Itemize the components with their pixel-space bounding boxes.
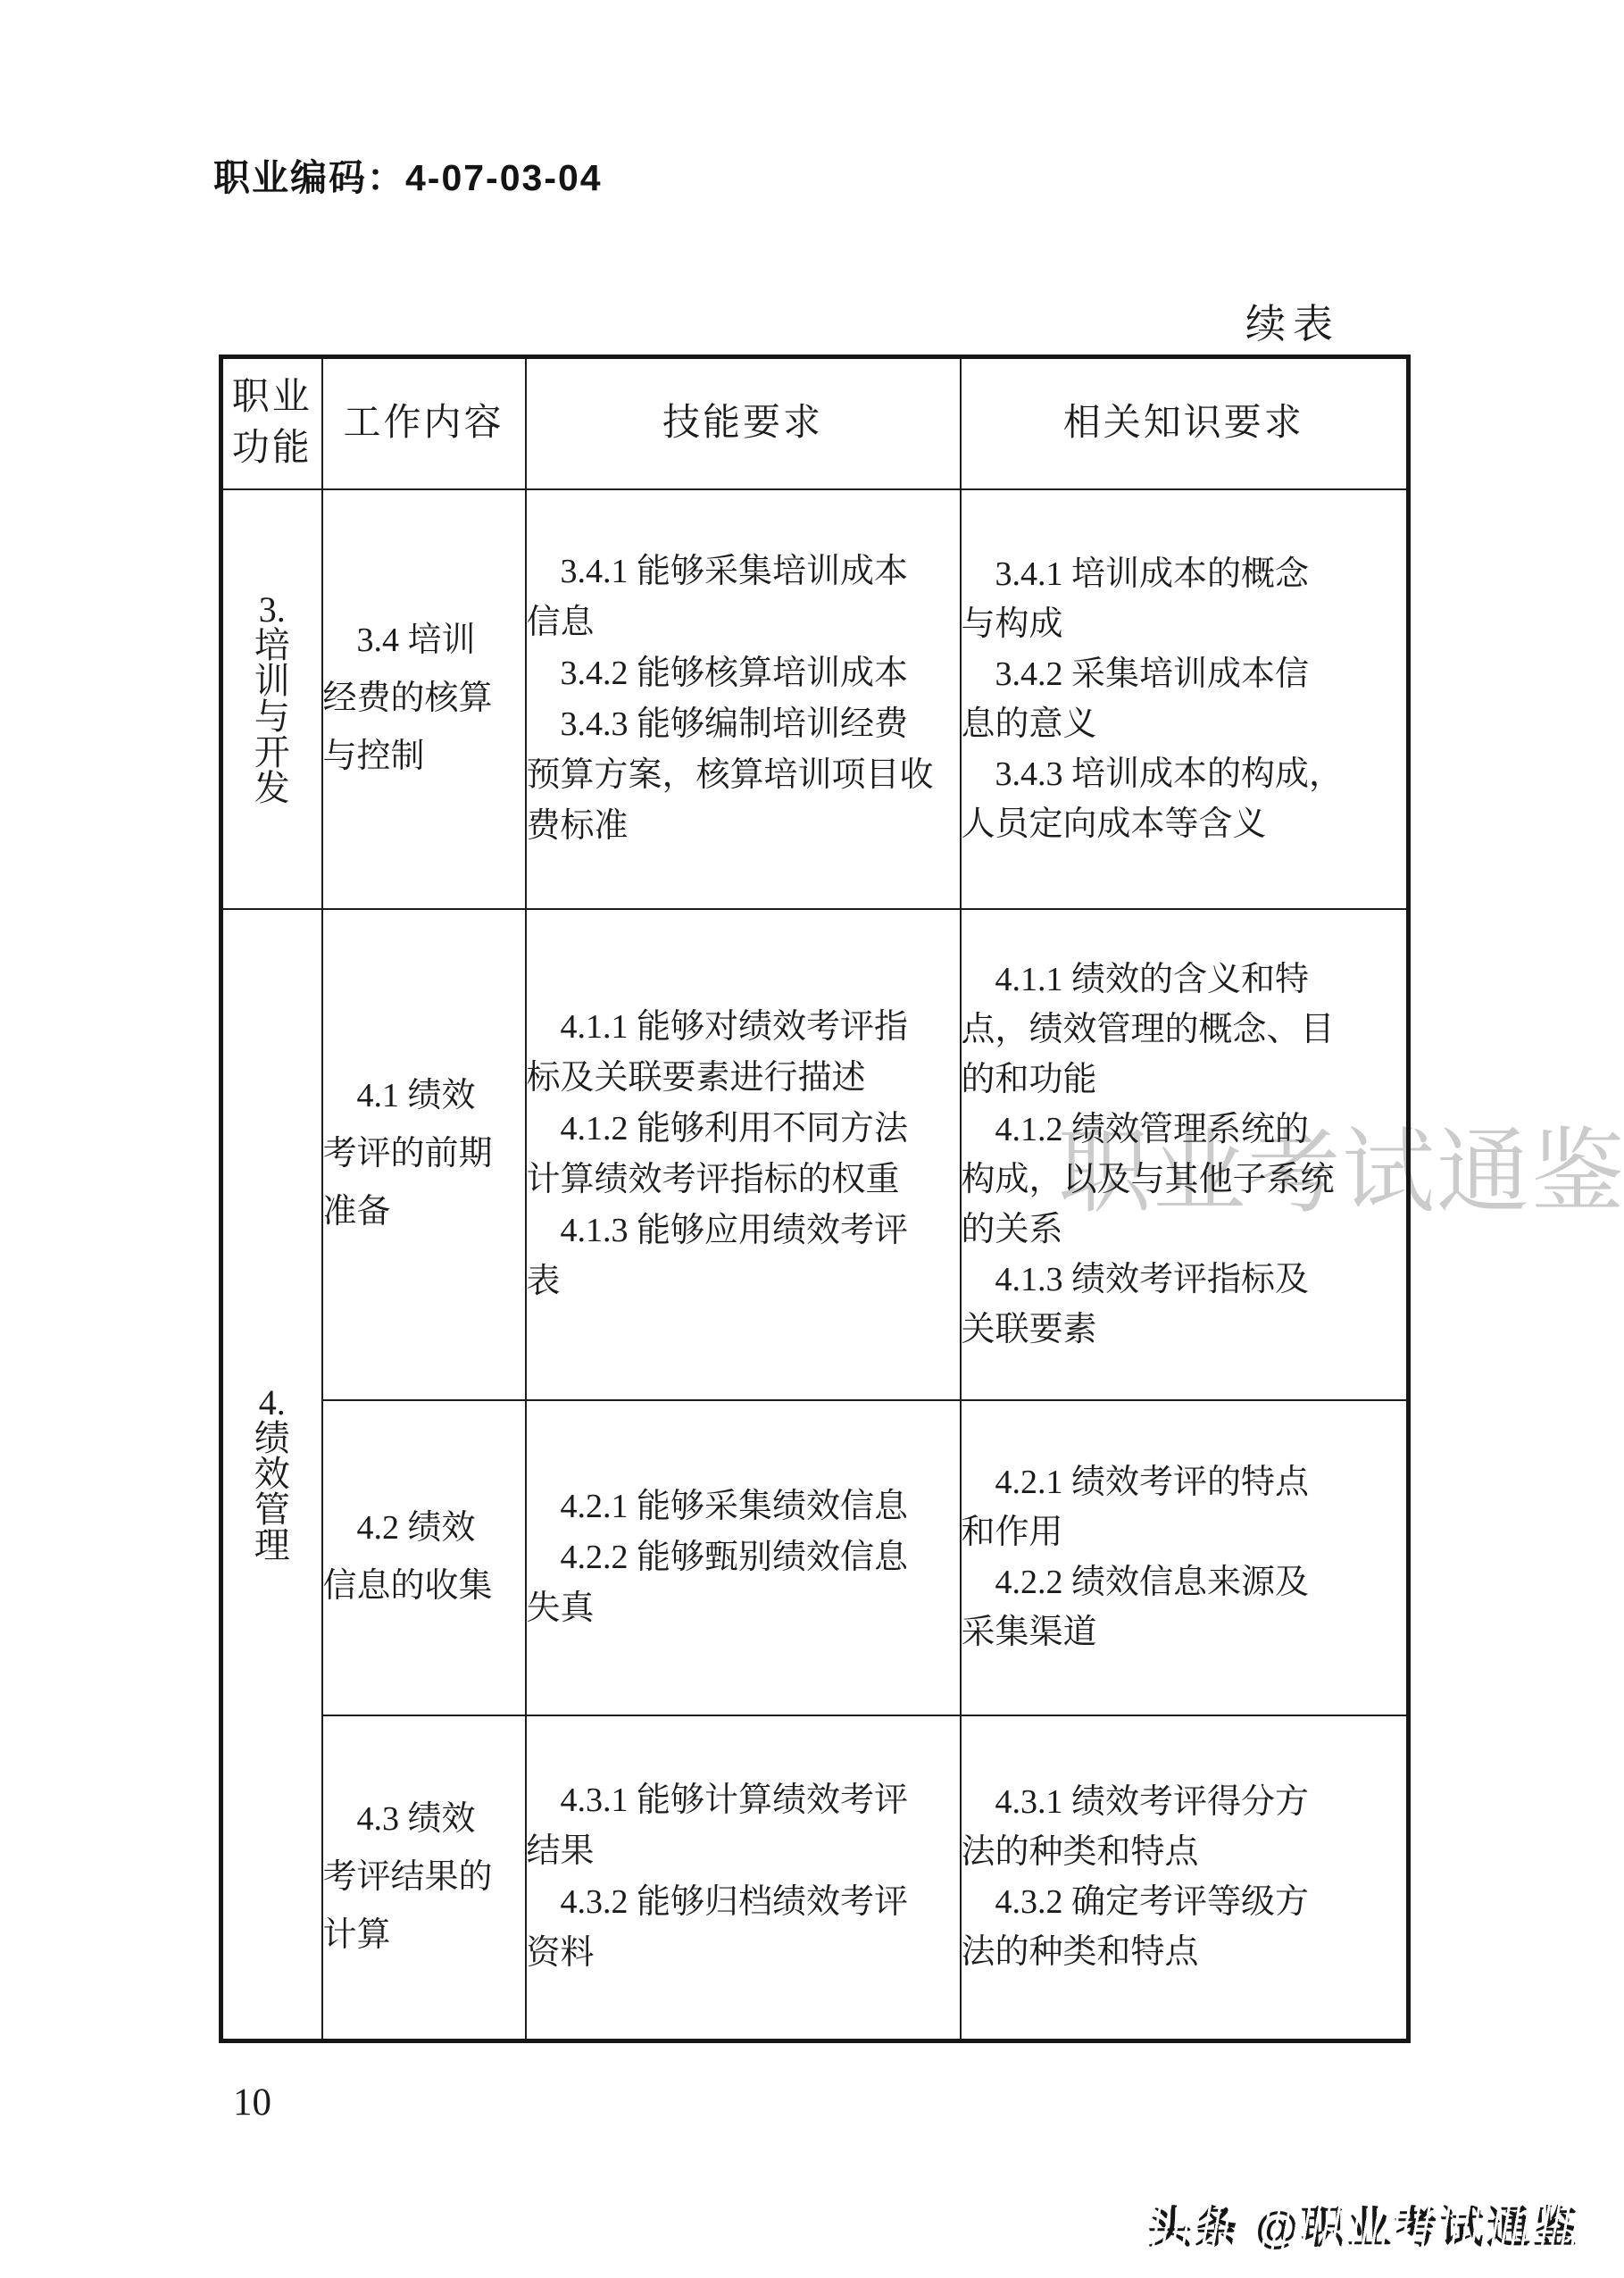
cell-work-content-4-2: 4.2 绩效信息的收集 [322,1400,526,1715]
knowledge-4-2-text: 4.2.1 绩效考评的特点和作用 4.2.2 绩效信息来源及采集渠道 [962,1457,1407,1657]
text-line: 发 [254,771,290,806]
text-line: 4.1.2 能够利用不同方法 [527,1104,960,1155]
text-line: 考评结果的 [323,1848,525,1907]
work-content-4-3-text: 4.3 绩效考评结果的计算 [323,1790,525,1965]
work-content-4-2-text: 4.2 绩效信息的收集 [323,1499,525,1615]
text-line: 与构成 [962,599,1407,649]
cell-work-content-4-3: 4.3 绩效考评结果的计算 [322,1715,526,2041]
text-line: 4.2.1 绩效考评的特点 [962,1457,1407,1507]
header-cell-function: 职业功能 [221,357,322,489]
skills-4-2-text: 4.2.1 能够采集绩效信息 4.2.2 能够甄别绩效信息失真 [527,1481,960,1634]
text-line: 采集渠道 [962,1607,1407,1657]
text-line: 3. [259,592,286,628]
text-line: 功能 [232,423,312,474]
text-line: 结果 [527,1826,960,1877]
text-line: 息的意义 [962,699,1407,749]
page-number: 10 [233,2081,271,2124]
header-cell-skills: 技能要求 [526,357,961,489]
text-line: 4. [259,1385,286,1421]
cell-skills-3-4: 3.4.1 能够采集培训成本信息 3.4.2 能够核算培训成本 3.4.3 能够… [526,489,961,909]
page-root: 职业编码：4-07-03-04 续表 职业考试通鉴 职业功能 工作内容 技能要求… [0,0,1624,2278]
function-performance-text: 4.绩效管理 [223,1385,321,1564]
table-row-3-4: 3.培训与开发 3.4 培训经费的核算与控制 3.4.1 能够采集培训成本信息 … [221,489,1409,909]
text-line: 4.1.2 绩效管理系统的 [962,1105,1407,1155]
text-line: 3.4.1 能够采集培训成本 [527,547,960,597]
text-line: 4.2.2 能够甄别绩效信息 [527,1532,960,1583]
work-content-4-1-text: 4.1 绩效考评的前期准备 [323,1067,525,1241]
text-line: 3.4.2 采集培训成本信 [962,649,1407,699]
header-skills-text: 技能要求 [527,398,960,449]
text-line: 的和功能 [962,1055,1407,1105]
text-line: 职业 [232,372,312,423]
cell-skills-4-2: 4.2.1 能够采集绩效信息 4.2.2 能够甄别绩效信息失真 [526,1400,961,1715]
text-line: 资料 [527,1928,960,1979]
continued-table-label: 续表 [1245,291,1340,349]
text-line: 考评的前期 [323,1125,525,1183]
text-line: 4.2.2 绩效信息来源及 [962,1557,1407,1607]
skills-3-4-text: 3.4.1 能够采集培训成本信息 3.4.2 能够核算培训成本 3.4.3 能够… [527,547,960,852]
text-line: 表 [527,1256,960,1307]
text-line: 法的种类和特点 [962,1927,1407,1977]
text-line: 失真 [527,1583,960,1634]
text-line: 绩 [254,1421,290,1456]
text-line: 4.3.1 能够计算绩效考评 [527,1775,960,1826]
text-line: 3.4.3 培训成本的构成， [962,749,1407,799]
occupation-code-label: 职业编码：4-07-03-04 [213,148,603,201]
text-line: 标及关联要素进行描述 [527,1053,960,1104]
knowledge-3-4-text: 3.4.1 培训成本的概念与构成 3.4.2 采集培训成本信息的意义 3.4.3… [962,549,1407,849]
header-cell-knowledge: 相关知识要求 [961,357,1409,489]
text-line: 人员定向成本等含义 [962,799,1407,849]
skills-4-3-text: 4.3.1 能够计算绩效考评结果 4.3.2 能够归档绩效考评资料 [527,1775,960,1979]
text-line: 4.1 绩效 [323,1067,525,1125]
text-line: 和作用 [962,1507,1407,1557]
table-row-4-2: 4.2 绩效信息的收集 4.2.1 能够采集绩效信息 4.2.2 能够甄别绩效信… [221,1400,1409,1715]
text-line: 信息 [527,597,960,648]
text-line: 训 [254,663,290,699]
text-line: 关联要素 [962,1305,1407,1355]
text-line: 与 [254,699,290,735]
text-line: 法的种类和特点 [962,1827,1407,1877]
cell-knowledge-3-4: 3.4.1 培训成本的概念与构成 3.4.2 采集培训成本信息的意义 3.4.3… [961,489,1409,909]
text-line: 3.4.2 能够核算培训成本 [527,648,960,699]
text-line: 4.1.1 能够对绩效考评指 [527,1002,960,1053]
cell-function-training: 3.培训与开发 [221,489,322,909]
text-line: 的关系 [962,1205,1407,1255]
work-content-3-4-text: 3.4 培训经费的核算与控制 [323,612,525,786]
text-line: 3.4.3 能够编制培训经费 [527,699,960,750]
text-line: 4.1.3 绩效考评指标及 [962,1255,1407,1305]
text-line: 4.1.3 能够应用绩效考评 [527,1206,960,1256]
text-line: 信息的收集 [323,1557,525,1615]
cell-work-content-4-1: 4.1 绩效考评的前期准备 [322,909,526,1400]
footer-watermark-text: 头条 @职业考试通鉴 [1148,2204,1579,2252]
knowledge-4-1-text: 4.1.1 绩效的含义和特点，绩效管理的概念、目的和功能 4.1.2 绩效管理系… [962,955,1407,1355]
text-line: 管 [254,1492,290,1528]
text-line: 4.3 绩效 [323,1790,525,1848]
text-line: 3.4.1 培训成本的概念 [962,549,1407,599]
skills-4-1-text: 4.1.1 能够对绩效考评指标及关联要素进行描述 4.1.2 能够利用不同方法计… [527,1002,960,1307]
table-row-4-1: 4.绩效管理 4.1 绩效考评的前期准备 4.1.1 能够对绩效考评指标及关联要… [221,909,1409,1400]
text-line: 计算绩效考评指标的权重 [527,1155,960,1206]
header-function-text: 职业功能 [223,372,321,474]
cell-knowledge-4-3: 4.3.1 绩效考评得分方法的种类和特点 4.3.2 确定考评等级方法的种类和特… [961,1715,1409,2041]
header-cell-work-content: 工作内容 [322,357,526,489]
footer-watermark: 头条 @职业考试通鉴 [1148,2193,1579,2256]
text-line: 4.1.1 绩效的含义和特 [962,955,1407,1005]
cell-function-performance: 4.绩效管理 [221,909,322,2041]
cell-skills-4-1: 4.1.1 能够对绩效考评指标及关联要素进行描述 4.1.2 能够利用不同方法计… [526,909,961,1400]
text-line: 4.3.1 绩效考评得分方 [962,1777,1407,1827]
text-line: 4.3.2 确定考评等级方 [962,1877,1407,1927]
cell-knowledge-4-1: 4.1.1 绩效的含义和特点，绩效管理的概念、目的和功能 4.1.2 绩效管理系… [961,909,1409,1400]
text-line: 点，绩效管理的概念、目 [962,1005,1407,1055]
cell-work-content-3-4: 3.4 培训经费的核算与控制 [322,489,526,909]
syllabus-table: 职业功能 工作内容 技能要求 相关知识要求 3.培训与开发 3.4 培训经费的核… [219,355,1411,2043]
text-line: 开 [254,735,290,771]
text-line: 经费的核算 [323,670,525,728]
text-line: 4.3.2 能够归档绩效考评 [527,1877,960,1928]
header-knowledge-text: 相关知识要求 [962,398,1407,449]
text-line: 与控制 [323,728,525,786]
function-training-text: 3.培训与开发 [223,592,321,806]
cell-skills-4-3: 4.3.1 能够计算绩效考评结果 4.3.2 能够归档绩效考评资料 [526,1715,961,2041]
header-work-content-text: 工作内容 [323,398,525,449]
text-line: 效 [254,1456,290,1492]
text-line: 培 [254,628,290,663]
text-line: 费标准 [527,801,960,852]
knowledge-4-3-text: 4.3.1 绩效考评得分方法的种类和特点 4.3.2 确定考评等级方法的种类和特… [962,1777,1407,1977]
text-line: 3.4 培训 [323,612,525,670]
table-header-row: 职业功能 工作内容 技能要求 相关知识要求 [221,357,1409,489]
text-line: 预算方案，核算培训项目收 [527,750,960,801]
table-row-4-3: 4.3 绩效考评结果的计算 4.3.1 能够计算绩效考评结果 4.3.2 能够归… [221,1715,1409,2041]
text-line: 准备 [323,1183,525,1241]
text-line: 计算 [323,1907,525,1965]
text-line: 理 [254,1528,290,1564]
cell-knowledge-4-2: 4.2.1 绩效考评的特点和作用 4.2.2 绩效信息来源及采集渠道 [961,1400,1409,1715]
text-line: 构成，以及与其他子系统 [962,1155,1407,1205]
text-line: 4.2.1 能够采集绩效信息 [527,1481,960,1532]
text-line: 4.2 绩效 [323,1499,525,1557]
